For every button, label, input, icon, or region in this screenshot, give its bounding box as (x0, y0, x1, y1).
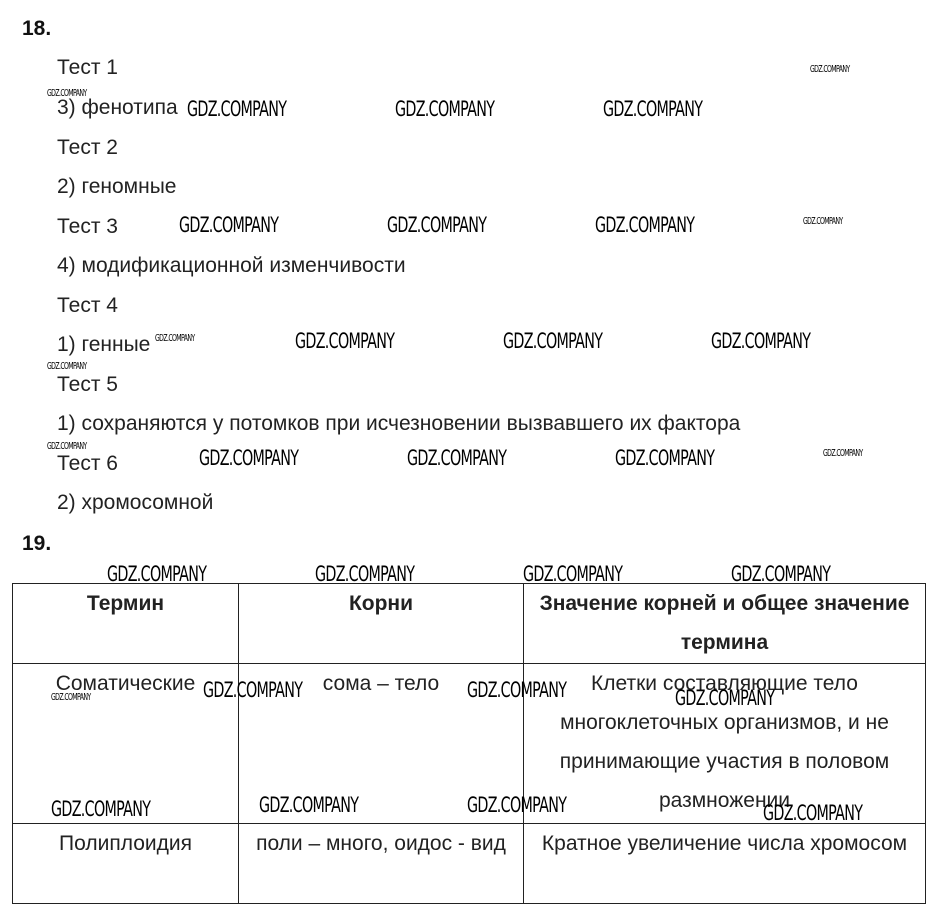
test-3-label: Тест 3 (57, 215, 118, 239)
watermark-text: GDZ.COMPANY (407, 446, 506, 470)
test-5-label: Тест 5 (57, 373, 118, 397)
header-meaning: Значение корней и общее значение термина (524, 584, 926, 664)
test-6-answer: 2) хромосомной (57, 491, 213, 515)
cell-term: Полиплоидия (13, 824, 239, 904)
watermark-text: GDZ.COMPANY (467, 678, 566, 702)
test-5-answer: 1) сохраняются у потомков при исчезновен… (57, 412, 740, 436)
watermark-text: GDZ.COMPANY (675, 686, 774, 710)
watermark-text: GDZ.COMPANY (387, 213, 486, 237)
terms-table: Термин Корни Значение корней и общее зна… (12, 583, 926, 904)
watermark-text: GDZ.COMPANY (47, 88, 87, 99)
cell-meaning: Кратное увеличение числа хромосом (524, 824, 926, 904)
task-19-number: 19. (22, 532, 51, 556)
watermark-text: GDZ.COMPANY (295, 329, 394, 353)
watermark-text: GDZ.COMPANY (315, 562, 414, 586)
table-row: Полиплоидия поли – много, оидос - вид Кр… (13, 824, 926, 904)
table-header-row: Термин Корни Значение корней и общее зна… (13, 584, 926, 664)
watermark-text: GDZ.COMPANY (603, 97, 702, 121)
test-1-label: Тест 1 (57, 56, 118, 80)
watermark-text: GDZ.COMPANY (615, 446, 714, 470)
watermark-text: GDZ.COMPANY (595, 213, 694, 237)
watermark-text: GDZ.COMPANY (51, 797, 150, 821)
watermark-text: GDZ.COMPANY (155, 333, 195, 344)
watermark-text: GDZ.COMPANY (179, 213, 278, 237)
watermark-text: GDZ.COMPANY (467, 793, 566, 817)
watermark-text: GDZ.COMPANY (395, 97, 494, 121)
watermark-text: GDZ.COMPANY (51, 692, 91, 703)
watermark-text: GDZ.COMPANY (711, 329, 810, 353)
cell-roots: поли – много, оидос - вид (239, 824, 524, 904)
test-1-answer: 3) фенотипа (57, 96, 178, 120)
test-4-label: Тест 4 (57, 294, 118, 318)
watermark-text: GDZ.COMPANY (823, 448, 863, 459)
test-3-answer: 4) модификационной изменчивости (57, 254, 406, 278)
test-2-answer: 2) геномные (57, 175, 176, 199)
watermark-text: GDZ.COMPANY (523, 562, 622, 586)
watermark-text: GDZ.COMPANY (763, 801, 862, 825)
test-4-answer: 1) генные (57, 333, 150, 357)
watermark-text: GDZ.COMPANY (810, 64, 850, 75)
watermark-text: GDZ.COMPANY (199, 446, 298, 470)
test-6-label: Тест 6 (57, 452, 118, 476)
watermark-text: GDZ.COMPANY (731, 562, 830, 586)
watermark-text: GDZ.COMPANY (503, 329, 602, 353)
watermark-text: GDZ.COMPANY (47, 441, 87, 452)
watermark-text: GDZ.COMPANY (203, 678, 302, 702)
task-18-number: 18. (22, 17, 51, 41)
header-roots: Корни (239, 584, 524, 664)
watermark-text: GDZ.COMPANY (187, 97, 286, 121)
watermark-text: GDZ.COMPANY (47, 361, 87, 372)
test-2-label: Тест 2 (57, 136, 118, 160)
watermark-text: GDZ.COMPANY (107, 562, 206, 586)
header-term: Термин (13, 584, 239, 664)
watermark-text: GDZ.COMPANY (803, 216, 843, 227)
watermark-text: GDZ.COMPANY (259, 793, 358, 817)
